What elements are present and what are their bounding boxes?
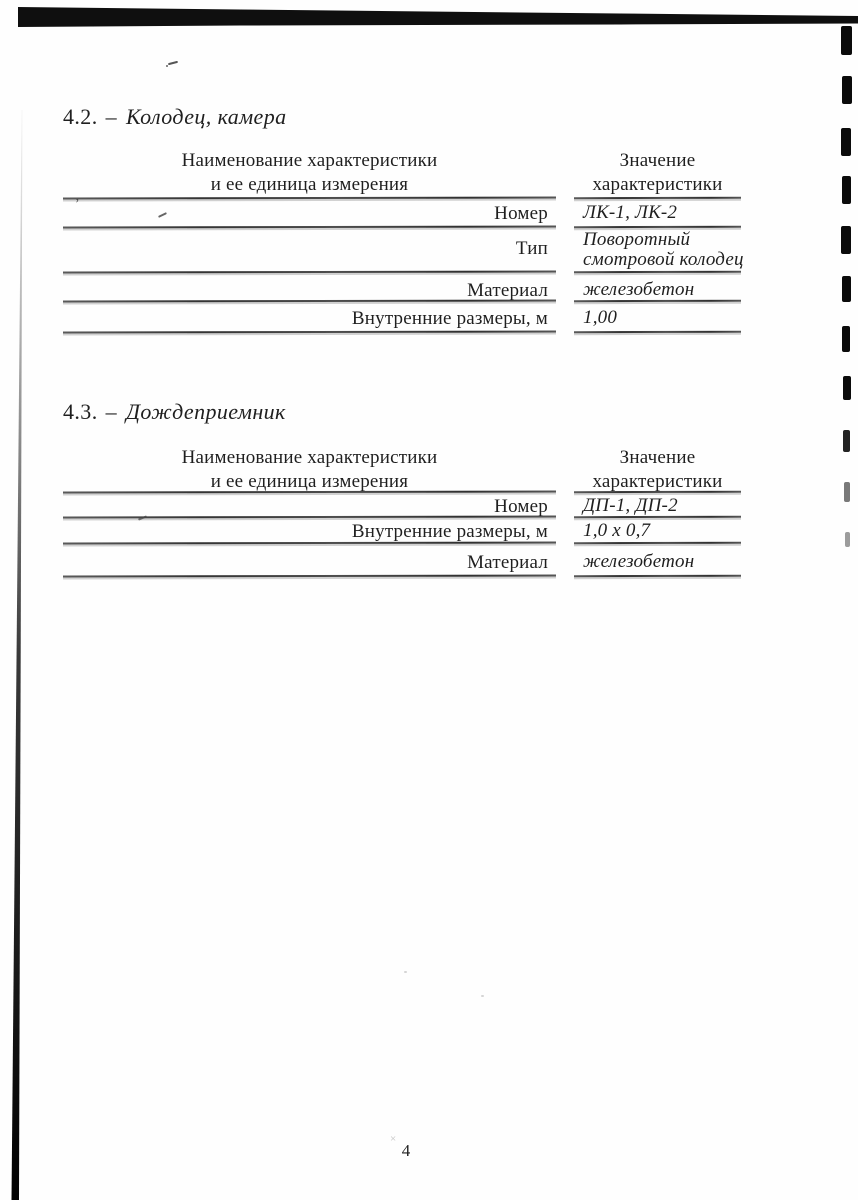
table-rule bbox=[63, 330, 556, 333]
scan-artifact-speck bbox=[481, 995, 484, 997]
scan-artifact-top-bar bbox=[0, 0, 858, 34]
table-rule bbox=[574, 542, 741, 544]
binding-mark bbox=[842, 326, 850, 352]
binding-mark bbox=[843, 376, 851, 400]
row-label: Материал bbox=[63, 280, 548, 302]
row-label: Номер bbox=[63, 496, 548, 518]
table-rule bbox=[63, 270, 556, 273]
table-rule bbox=[574, 516, 741, 518]
scan-artifact-left-edge-line bbox=[0, 0, 30, 1200]
table-rule bbox=[574, 226, 741, 228]
table-rule bbox=[574, 575, 741, 577]
binding-mark bbox=[843, 430, 850, 452]
binding-mark bbox=[842, 276, 851, 302]
scan-artifact-squiggle bbox=[166, 58, 178, 68]
heading-dash: – bbox=[106, 399, 117, 424]
row-label: Номер bbox=[63, 203, 548, 225]
page-number: 4 bbox=[394, 1141, 418, 1161]
row-value: железобетон bbox=[583, 280, 755, 300]
table-rule bbox=[63, 225, 556, 228]
heading-dash: – bbox=[106, 104, 117, 129]
row-value: 1,0 x 0,7 bbox=[583, 521, 755, 541]
table-rule bbox=[574, 331, 741, 333]
column-header-line: характеристики bbox=[574, 173, 741, 197]
table-rule bbox=[574, 271, 741, 273]
table-rule bbox=[574, 197, 741, 199]
binding-mark bbox=[841, 26, 852, 55]
scanned-document-page: , × 4.2.–Колодец, камера Наименование ха… bbox=[0, 0, 858, 1200]
section-title: Дождеприемник bbox=[126, 399, 286, 424]
binding-mark bbox=[841, 128, 851, 156]
binding-mark bbox=[844, 482, 850, 502]
section-heading-4-3: 4.3.–Дождеприемник bbox=[63, 399, 286, 425]
column-header-line: Значение bbox=[574, 149, 741, 173]
scan-artifact-speck bbox=[404, 971, 407, 973]
binding-mark bbox=[841, 226, 851, 254]
section-heading-4-2: 4.2.–Колодец, камера bbox=[63, 104, 287, 130]
row-value: ДП-1, ДП-2 bbox=[583, 496, 755, 516]
binding-mark bbox=[842, 176, 851, 204]
row-label: Тип bbox=[63, 238, 548, 260]
column-header-characteristic-name: Наименование характеристики и ее единица… bbox=[63, 149, 556, 197]
binding-mark bbox=[842, 76, 852, 104]
section-number: 4.3. bbox=[63, 399, 98, 424]
row-label: Материал bbox=[63, 552, 548, 574]
column-header-characteristic-value: Значение характеристики bbox=[574, 446, 741, 494]
column-header-line: Наименование характеристики bbox=[63, 149, 556, 173]
row-label: Внутренние размеры, м bbox=[63, 521, 548, 543]
column-header-line: Значение bbox=[574, 446, 741, 470]
table-rule bbox=[574, 300, 741, 302]
row-value: 1,00 bbox=[583, 308, 755, 328]
column-header-line: Наименование характеристики bbox=[63, 446, 556, 470]
table-rule bbox=[63, 196, 556, 199]
binding-mark bbox=[845, 532, 850, 547]
column-header-characteristic-value: Значение характеристики bbox=[574, 149, 741, 197]
table-rule bbox=[574, 491, 741, 493]
column-header-characteristic-name: Наименование характеристики и ее единица… bbox=[63, 446, 556, 494]
column-header-line: и ее единица измерения bbox=[63, 173, 556, 197]
section-number: 4.2. bbox=[63, 104, 98, 129]
section-title: Колодец, камера bbox=[126, 104, 287, 129]
row-label: Внутренние размеры, м bbox=[63, 308, 548, 330]
row-value: ЛК-1, ЛК-2 bbox=[583, 203, 755, 223]
row-value: Поворотный смотровой колодец bbox=[583, 230, 755, 270]
table-rule bbox=[63, 574, 556, 577]
row-value: железобетон bbox=[583, 552, 755, 572]
